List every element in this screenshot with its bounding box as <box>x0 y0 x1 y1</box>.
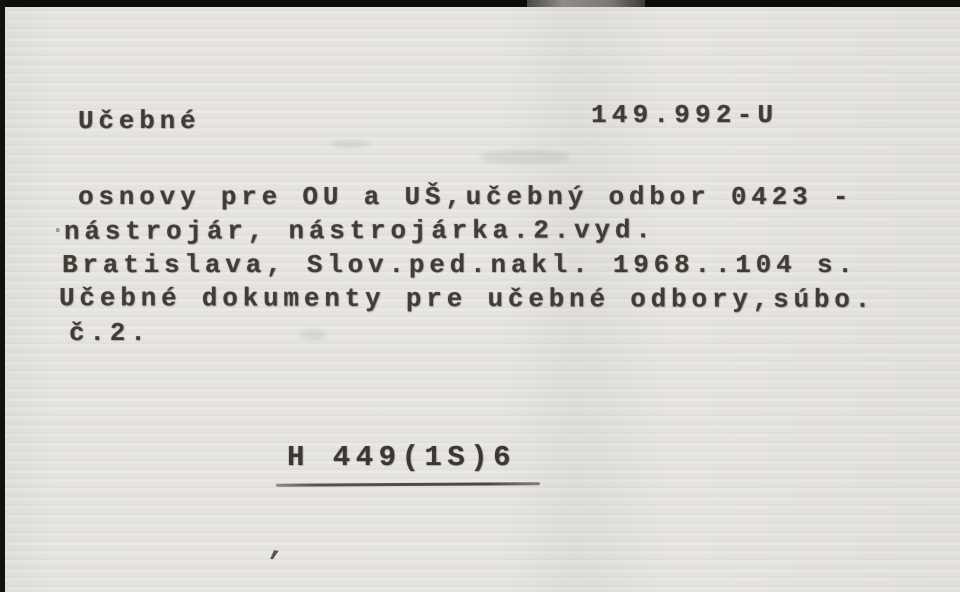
scan-border-top <box>0 0 960 7</box>
scan-border-left <box>0 0 5 592</box>
stray-ink-mark: ’ <box>262 547 285 583</box>
scan-smudge <box>300 330 326 340</box>
catalog-number: 149.992-U <box>591 100 778 130</box>
scan-border-top-gap <box>527 0 645 7</box>
scan-smudge <box>330 140 370 148</box>
call-number-underline <box>276 482 540 487</box>
bibliographic-entry-line: č.2. <box>69 316 151 350</box>
library-catalog-card-scan: Učebné 149.992-U osnovy pre OU a UŠ,učeb… <box>0 0 960 592</box>
bibliographic-entry-line: nástrojár, nástrojárka.2.vyd. <box>64 213 656 249</box>
stray-ink-dot: . <box>50 210 66 240</box>
bibliographic-entry-line: osnovy pre OU a UŠ,učebný odbor 0423 - <box>78 180 853 214</box>
call-number: H 449(1S)6 <box>287 441 516 474</box>
bibliographic-entry-line: Bratislava, Slov.ped.nakl. 1968..104 s. <box>62 248 858 282</box>
bibliographic-entry-line: Učebné dokumenty pre učebné odbory,súbo. <box>59 281 875 317</box>
card-heading: Učebné <box>78 106 200 136</box>
scan-smudge <box>480 150 570 164</box>
